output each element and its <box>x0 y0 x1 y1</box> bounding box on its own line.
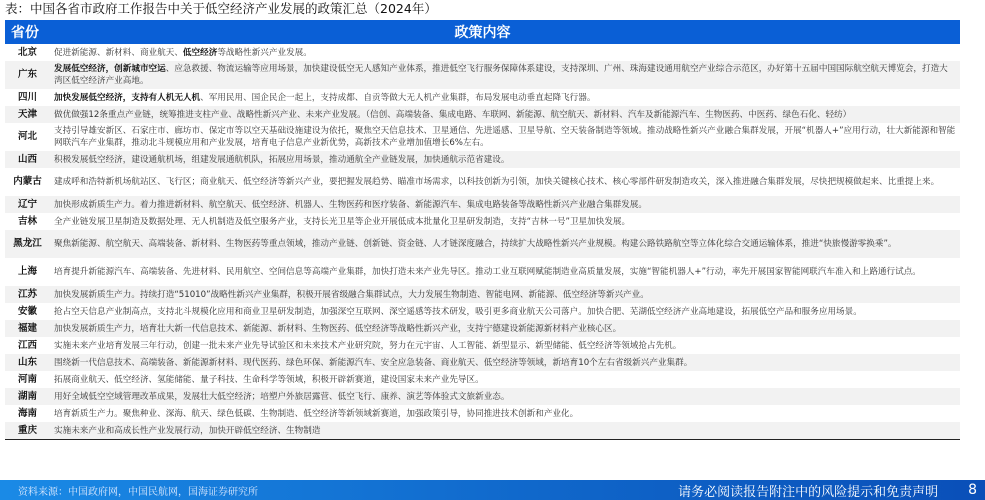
policy-content-cell: 全产业链发展卫星制造及数据处理、无人机制造及低空服务产业，支持长光卫星等企业开展… <box>50 214 960 230</box>
body-text: 围绕新一代信息技术、高端装备、新能源新材料、现代医药、绿色环保、新能源汽车、安全… <box>54 358 692 368</box>
body-text: 用好全域低空空域管理改革成果，发展壮大低空经济；培塑户外旅居露营、低空飞行、康养… <box>54 392 509 402</box>
source-note: 资料来源：中国政府网，中国民航网，国海证券研究所 <box>0 483 678 498</box>
policy-content-cell: 培育提升新能源汽车、高端装备、先进材料、民用航空、空间信息等高端产业集群，加快打… <box>50 264 960 280</box>
policy-content-cell: 实施未来产业和高成长性产业发展行动，加快开辟低空经济、生物制造 <box>50 423 960 439</box>
body-text: 全产业链发展卫星制造及数据处理、无人机制造及低空服务产业，支持长光卫星等企业开展… <box>54 217 630 227</box>
table-row: 四川加快发展低空经济，支持有人机无人机、军用民用、国企民企一起上，支持成都、自贡… <box>5 89 960 106</box>
policy-content-cell: 实施未来产业培育发展三年行动，创建一批未来产业先导试验区和未来技术产业研究院，努… <box>50 338 960 354</box>
table-row: 河北支持引导雄安新区、石家庄市、廊坊市、保定市等以空天基础设施建设为依托，聚焦空… <box>5 123 960 151</box>
table-body: 北京促进新能源、新材料、商业航天、低空经济等战略性新兴产业发展。广东发展低空经济… <box>5 44 960 439</box>
page-number: 8 <box>968 482 977 498</box>
table-row: 福建加快发展新质生产力，培育壮大新一代信息技术、新能源、新材料、生物医药、低空经… <box>5 320 960 337</box>
policy-content-cell: 拓展商业航天、低空经济、氢能储能、量子科技、生命科学等领域，积极开辟新赛道，建设… <box>50 372 960 388</box>
emphasis-text: 低空经济 <box>183 48 217 58</box>
province-cell: 江西 <box>5 340 50 352</box>
header-content: 政策内容 <box>57 22 960 42</box>
body-text: 等战略性新兴产业发展。 <box>217 48 312 58</box>
policy-content-cell: 发展低空经济，创新城市空运、应急救援、物流运输等应用场景，加快建设低空无人感知产… <box>50 61 960 89</box>
body-text: 加快发展新质生产力。持续打造“51010”战略性新兴产业集群，积极开展省级融合集… <box>54 290 649 300</box>
province-cell: 河北 <box>5 131 50 143</box>
table-row: 黑龙江聚焦新能源、航空航天、高端装备、新材料、生物医药等重点领域，推动产业链、创… <box>5 230 960 258</box>
policy-content-cell: 加快发展新质生产力，培育壮大新一代信息技术、新能源、新材料、生物医药、低空经济等… <box>50 321 960 337</box>
province-cell: 四川 <box>5 92 50 104</box>
province-cell: 山东 <box>5 357 50 369</box>
province-cell: 海南 <box>5 408 50 420</box>
table-row: 山东围绕新一代信息技术、高端装备、新能源新材料、现代医药、绿色环保、新能源汽车、… <box>5 354 960 371</box>
body-text: 促进新能源、新材料、商业航天、 <box>54 48 183 58</box>
policy-content-cell: 围绕新一代信息技术、高端装备、新能源新材料、现代医药、绿色环保、新能源汽车、安全… <box>50 355 960 371</box>
table-row: 天津做优做强12条重点产业链，统筹推进支柱产业、战略性新兴产业、未来产业发展。（… <box>5 106 960 123</box>
policy-content-cell: 做优做强12条重点产业链，统筹推进支柱产业、战略性新兴产业、未来产业发展。（信创… <box>50 107 960 123</box>
policy-content-cell: 加快形成新质生产力。着力推进新材料、航空航天、低空经济、机器人、生物医药和医疗装… <box>50 197 960 213</box>
table-row: 江苏加快发展新质生产力。持续打造“51010”战略性新兴产业集群，积极开展省级融… <box>5 286 960 303</box>
province-cell: 湖南 <box>5 391 50 403</box>
policy-content-cell: 加快发展新质生产力。持续打造“51010”战略性新兴产业集群，积极开展省级融合集… <box>50 287 960 303</box>
body-text: 抢占空天信息产业制高点，支持北斗规模化应用和商业卫星研发制造，加强深空互联网、深… <box>54 307 862 317</box>
body-text: 支持引导雄安新区、石家庄市、廊坊市、保定市等以空天基础设施建设为依托，聚焦空天信… <box>54 126 955 148</box>
table-row: 重庆实施未来产业和高成长性产业发展行动，加快开辟低空经济、生物制造 <box>5 422 960 439</box>
body-text: 加快发展新质生产力，培育壮大新一代信息技术、新能源、新材料、生物医药、低空经济等… <box>54 324 621 334</box>
province-cell: 天津 <box>5 109 50 121</box>
policy-content-cell: 用好全域低空空域管理改革成果，发展壮大低空经济；培塑户外旅居露营、低空飞行、康养… <box>50 389 960 405</box>
province-cell: 吉林 <box>5 216 50 228</box>
province-cell: 山西 <box>5 154 50 166</box>
province-cell: 重庆 <box>5 425 50 437</box>
body-text: 加快形成新质生产力。着力推进新材料、航空航天、低空经济、机器人、生物医药和医疗装… <box>54 200 647 210</box>
body-text: 实施未来产业和高成长性产业发展行动，加快开辟低空经济、生物制造 <box>54 426 320 436</box>
table-row: 上海培育提升新能源汽车、高端装备、先进材料、民用航空、空间信息等高端产业集群，加… <box>5 258 960 286</box>
body-text: 培育新质生产力。聚焦种业、深海、航天、绿色低碳、生物制造、低空经济等新领域新赛道… <box>54 409 578 419</box>
policy-content-cell: 抢占空天信息产业制高点，支持北斗规模化应用和商业卫星研发制造，加强深空互联网、深… <box>50 304 960 320</box>
policy-content-cell: 培育新质生产力。聚焦种业、深海、航天、绿色低碳、生物制造、低空经济等新领域新赛道… <box>50 406 960 422</box>
table-row: 湖南用好全域低空空域管理改革成果，发展壮大低空经济；培塑户外旅居露营、低空飞行、… <box>5 388 960 405</box>
body-text: 、应急救援、物流运输等应用场景，加快建设低空无人感知产业体系，推进低空飞行服务保… <box>54 64 948 86</box>
body-text: 拓展商业航天、低空经济、氢能储能、量子科技、生命科学等领域，积极开辟新赛道，建设… <box>54 375 484 385</box>
province-cell: 上海 <box>5 266 50 278</box>
province-cell: 江苏 <box>5 289 50 301</box>
table-row: 广东发展低空经济，创新城市空运、应急救援、物流运输等应用场景，加快建设低空无人感… <box>5 61 960 89</box>
header-province: 省份 <box>5 22 57 42</box>
table-row: 安徽抢占空天信息产业制高点，支持北斗规模化应用和商业卫星研发制造，加强深空互联网… <box>5 303 960 320</box>
body-text: 做优做强12条重点产业链，统筹推进支柱产业、战略性新兴产业、未来产业发展。（信创… <box>54 110 851 120</box>
table-row: 辽宁加快形成新质生产力。着力推进新材料、航空航天、低空经济、机器人、生物医药和医… <box>5 196 960 213</box>
table-row: 山西积极发展低空经济，建设通航机场，组建发展通航机队，拓展应用场景，推动通航全产… <box>5 151 960 168</box>
table-title: 表：中国各省市政府工作报告中关于低空经济产业发展的政策汇总（2024年） <box>5 0 437 18</box>
emphasis-text: 加快发展低空经济，支持有人机无人机 <box>54 93 200 103</box>
province-cell: 广东 <box>5 69 50 81</box>
province-cell: 福建 <box>5 323 50 335</box>
body-text: 积极发展低空经济，建设通航机场，组建发展通航机队，拓展应用场景，推动通航全产业链… <box>54 155 509 165</box>
province-cell: 黑龙江 <box>5 238 50 250</box>
body-text: 、军用民用、国企民企一起上，支持成都、自贡等做大无人机产业集群，布局发展电动垂直… <box>200 93 595 103</box>
table-row: 河南拓展商业航天、低空经济、氢能储能、量子科技、生命科学等领域，积极开辟新赛道，… <box>5 371 960 388</box>
province-cell: 河南 <box>5 374 50 386</box>
footer-bar: 资料来源：中国政府网，中国民航网，国海证券研究所 请务必阅读报告附注中的风险提示… <box>0 480 985 500</box>
body-text: 聚焦新能源、航空航天、高端装备、新材料、生物医药等重点领域，推动产业链、创新链、… <box>54 239 897 249</box>
policy-content-cell: 积极发展低空经济，建设通航机场，组建发展通航机队，拓展应用场景，推动通航全产业链… <box>50 152 960 168</box>
table-row: 海南培育新质生产力。聚焦种业、深海、航天、绿色低碳、生物制造、低空经济等新领域新… <box>5 405 960 422</box>
province-cell: 内蒙古 <box>5 176 50 188</box>
table-bottom-rule <box>5 439 960 440</box>
policy-content-cell: 聚焦新能源、航空航天、高端装备、新材料、生物医药等重点领域，推动产业链、创新链、… <box>50 236 960 252</box>
disclaimer-text: 请务必阅读报告附注中的风险提示和免责声明 <box>678 481 938 500</box>
province-cell: 北京 <box>5 47 50 59</box>
policy-content-cell: 促进新能源、新材料、商业航天、低空经济等战略性新兴产业发展。 <box>50 45 960 61</box>
table-row: 江西实施未来产业培育发展三年行动，创建一批未来产业先导试验区和未来技术产业研究院… <box>5 337 960 354</box>
policy-content-cell: 建成呼和浩特新机场航站区、飞行区；商业航天、低空经济等新兴产业，要把握发展趋势、… <box>50 174 960 190</box>
policy-table: 省份 政策内容 北京促进新能源、新材料、商业航天、低空经济等战略性新兴产业发展。… <box>5 20 960 440</box>
table-row: 北京促进新能源、新材料、商业航天、低空经济等战略性新兴产业发展。 <box>5 44 960 61</box>
policy-content-cell: 加快发展低空经济，支持有人机无人机、军用民用、国企民企一起上，支持成都、自贡等做… <box>50 90 960 106</box>
emphasis-text: 发展低空经济，创新城市空运 <box>54 64 166 74</box>
province-cell: 安徽 <box>5 306 50 318</box>
table-header: 省份 政策内容 <box>5 20 960 44</box>
body-text: 建成呼和浩特新机场航站区、飞行区；商业航天、低空经济等新兴产业，要把握发展趋势、… <box>54 177 939 187</box>
policy-content-cell: 支持引导雄安新区、石家庄市、廊坊市、保定市等以空天基础设施建设为依托，聚焦空天信… <box>50 123 960 151</box>
province-cell: 辽宁 <box>5 199 50 211</box>
table-row: 吉林全产业链发展卫星制造及数据处理、无人机制造及低空服务产业，支持长光卫星等企业… <box>5 213 960 230</box>
body-text: 培育提升新能源汽车、高端装备、先进材料、民用航空、空间信息等高端产业集群，加快打… <box>54 267 921 277</box>
body-text: 实施未来产业培育发展三年行动，创建一批未来产业先导试验区和未来技术产业研究院，努… <box>54 341 681 351</box>
table-row: 内蒙古建成呼和浩特新机场航站区、飞行区；商业航天、低空经济等新兴产业，要把握发展… <box>5 168 960 196</box>
